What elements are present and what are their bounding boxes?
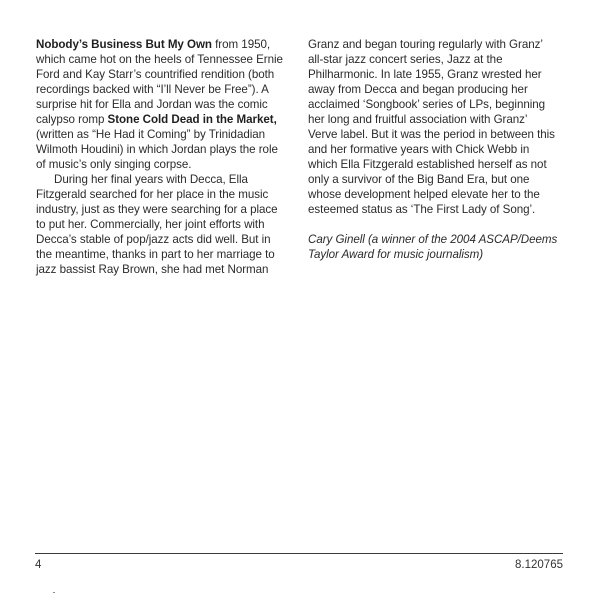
text-line: Fitzgerald searched for her place in the… — [36, 187, 298, 202]
text-line: acclaimed ‘Songbook’ series of LPs, begi… — [308, 97, 570, 112]
text-line: jazz bassist Ray Brown, she had met Norm… — [36, 262, 298, 277]
text-line: Granz and began touring regularly with G… — [308, 37, 570, 52]
text-line: the meantime, thanks in part to her marr… — [36, 247, 298, 262]
text-line: Verve label. But it was the period in be… — [308, 127, 570, 142]
text-line: away from Decca and began producing her — [308, 82, 570, 97]
right-column: Granz and began touring regularly with G… — [308, 37, 570, 262]
paragraph-start-line: During her final years with Decca, Ella — [36, 172, 298, 187]
text-line: recordings backed with “I’ll Never be Fr… — [36, 82, 298, 97]
text-line: Decca’s stable of pop/jazz acts did well… — [36, 232, 298, 247]
text-line: and her formative years with Chick Webb … — [308, 142, 570, 157]
text-line: Nobody’s Business But My Own from 1950, — [36, 37, 298, 52]
catalog-number: 8.120765 — [515, 559, 563, 571]
text-line: all-star jazz concert series, Jazz at th… — [308, 52, 570, 67]
song-title: Stone Cold Dead in the Market, — [108, 113, 277, 126]
text-line: whose development helped elevate her to … — [308, 187, 570, 202]
footer-rule — [35, 553, 563, 554]
page-number: 4 — [35, 559, 41, 571]
text-line: to put her. Commercially, her joint effo… — [36, 217, 298, 232]
text-line: esteemed status as ‘The First Lady of So… — [308, 202, 570, 217]
text-line: industry, just as they were searching fo… — [36, 202, 298, 217]
text-line: her long and fruitful association with G… — [308, 112, 570, 127]
text-line: of music’s only singing corpse. — [36, 157, 298, 172]
text-line: Wilmoth Houdini) in which Jordan plays t… — [36, 142, 298, 157]
text-line: calypso romp Stone Cold Dead in the Mark… — [36, 112, 298, 127]
text-line: Ford and Kay Starr’s countrified renditi… — [36, 67, 298, 82]
song-title: Nobody’s Business But My Own — [36, 38, 212, 51]
left-column: Nobody’s Business But My Own from 1950, … — [36, 37, 298, 277]
author-credit: Cary Ginell (a winner of the 2004 ASCAP/… — [308, 232, 570, 247]
text-line: only a survivor of the Big Band Era, but… — [308, 172, 570, 187]
text-line: Philharmonic. In late 1955, Granz wreste… — [308, 67, 570, 82]
scan-speck — [53, 592, 55, 593]
text-line: which came hot on the heels of Tennessee… — [36, 52, 298, 67]
author-credit: Taylor Award for music journalism) — [308, 247, 570, 262]
text-line: (written as “He Had it Coming” by Trinid… — [36, 127, 298, 142]
text-line: which Ella Fitzgerald established hersel… — [308, 157, 570, 172]
spacer — [308, 217, 570, 232]
text-line: surprise hit for Ella and Jordan was the… — [36, 97, 298, 112]
